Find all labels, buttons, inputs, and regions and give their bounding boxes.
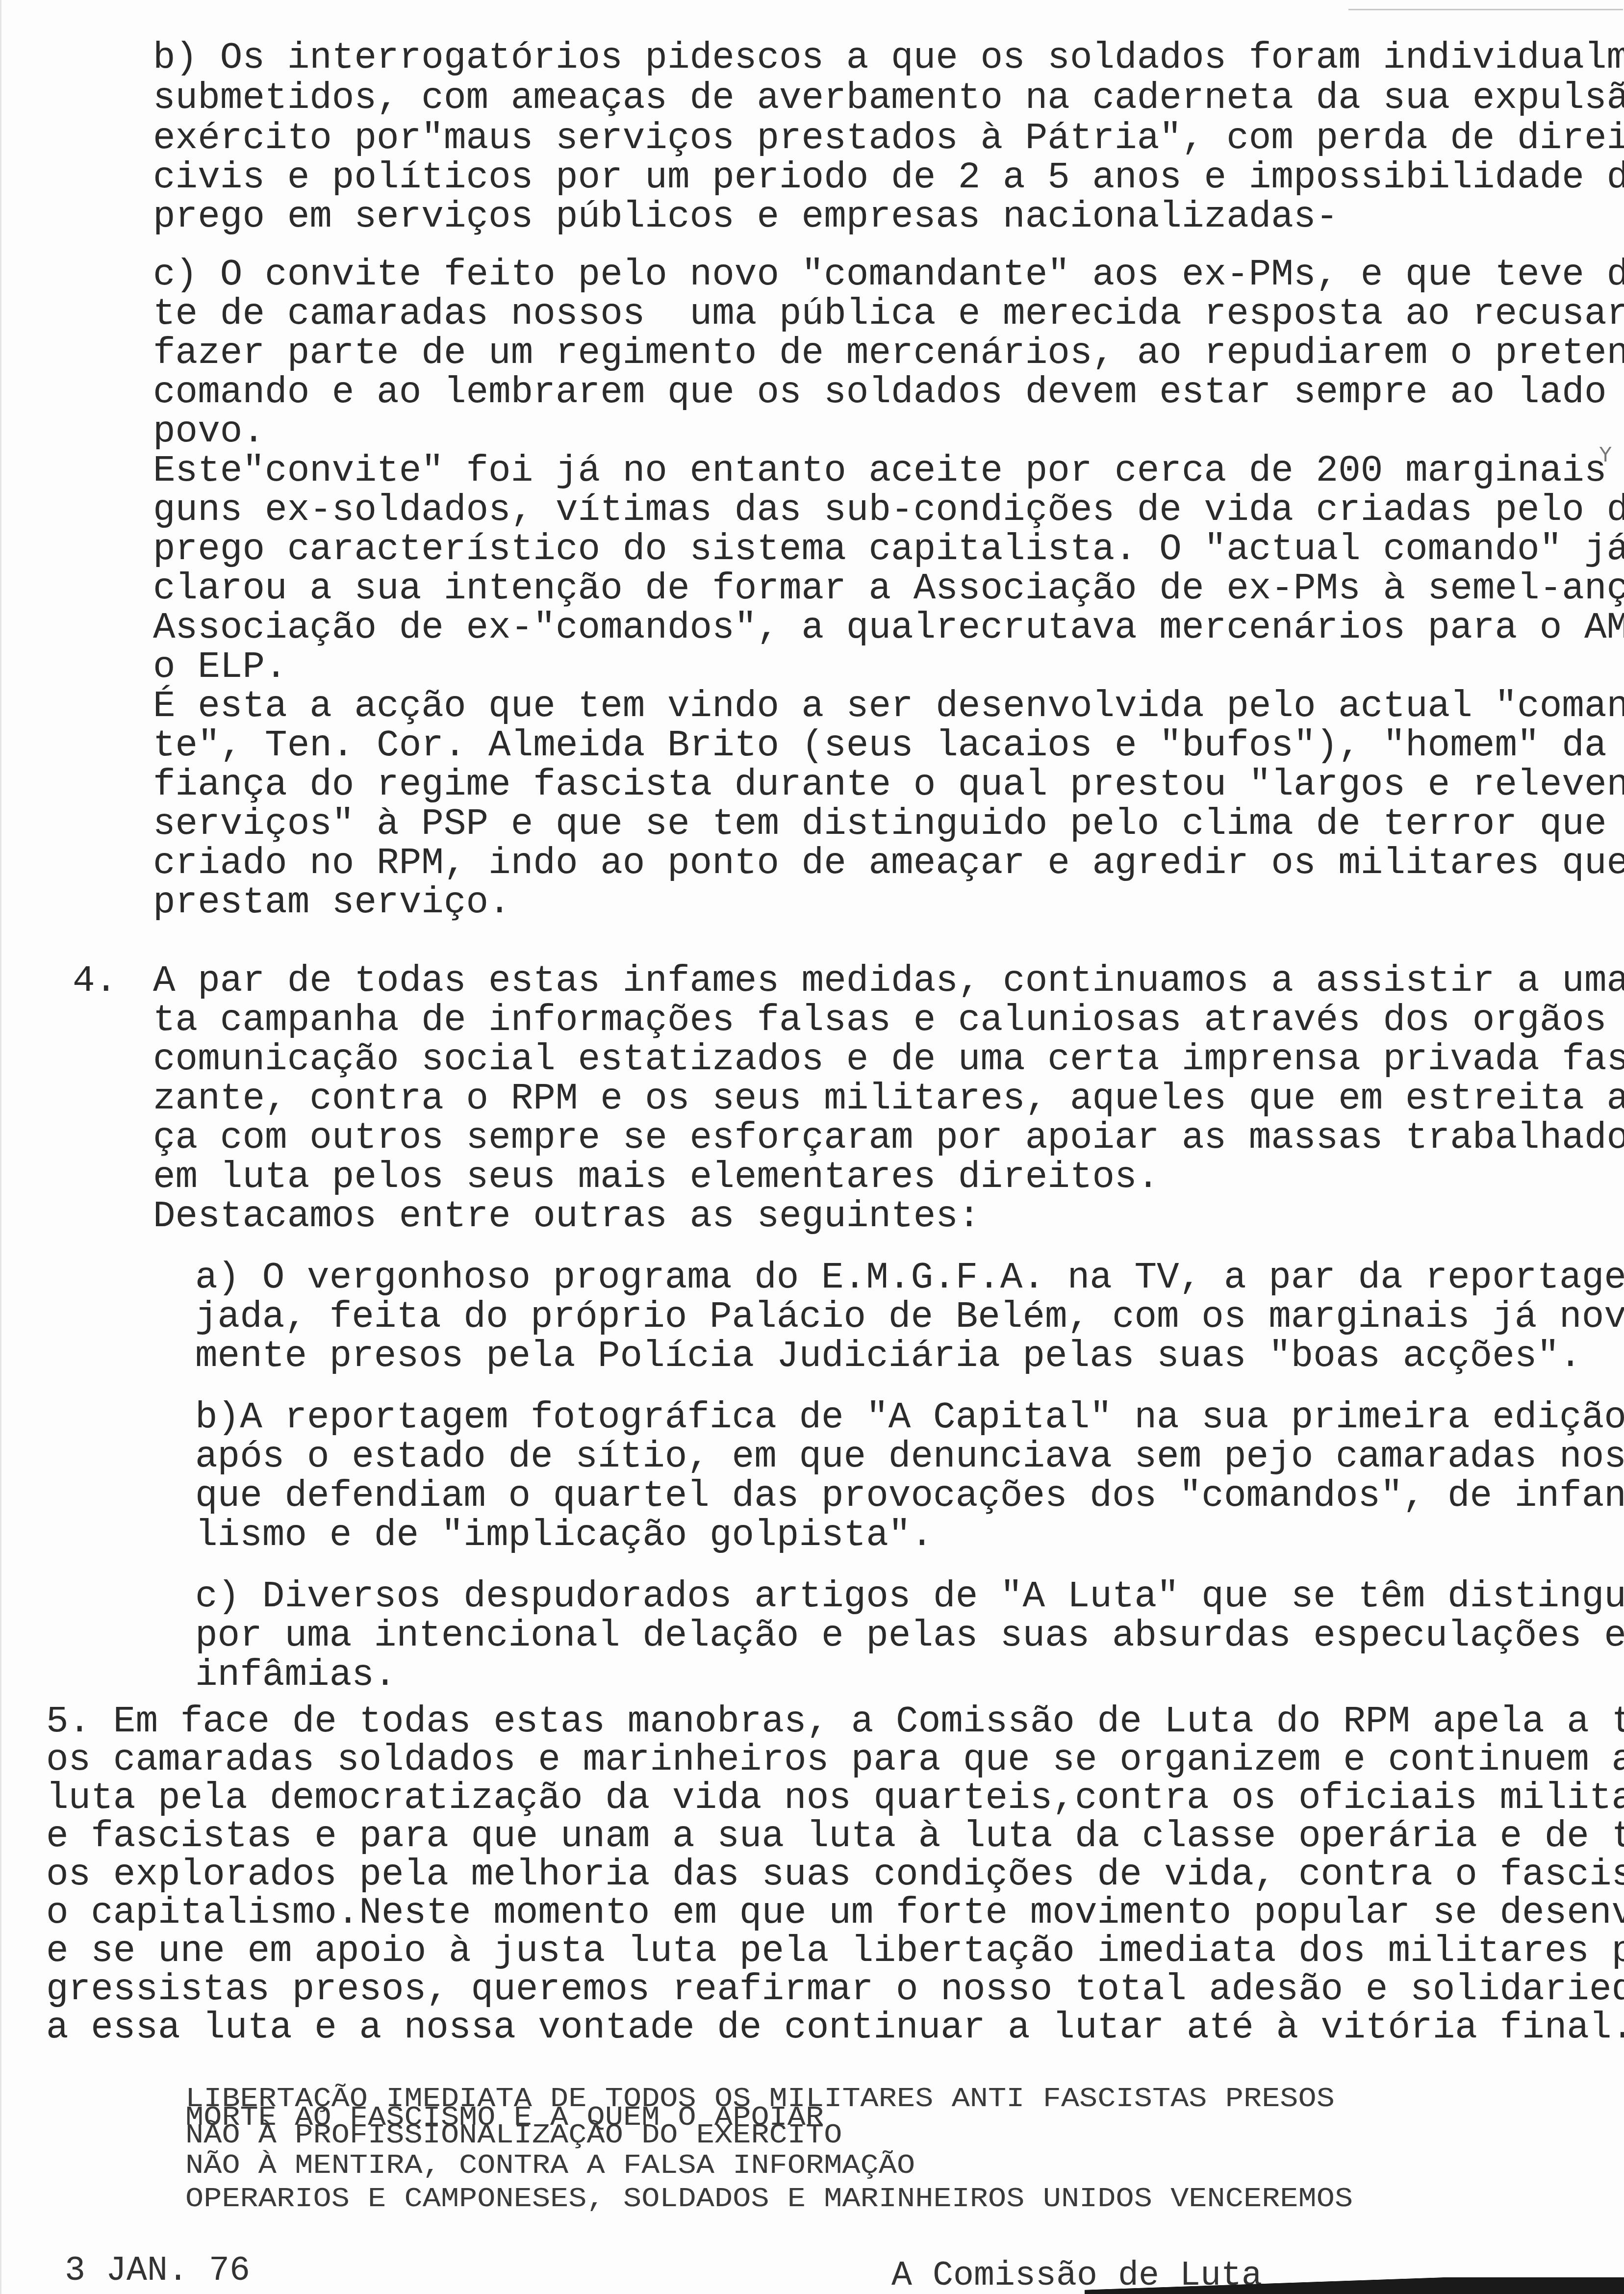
text-line: zante, contra o RPM e os seus militares,…	[153, 1079, 1624, 1118]
text-line: que defendiam o quartel das provocações …	[195, 1476, 1624, 1516]
text-line: por uma intencional delação e pelas suas…	[195, 1616, 1624, 1655]
scan-artifact	[1348, 9, 1623, 10]
text-line: os camaradas soldados e marinheiros para…	[46, 1740, 1624, 1779]
text-line: Este"convite" foi já no entanto aceite p…	[153, 451, 1624, 490]
slogan-line: OPERARIOS E CAMPONESES, SOLDADOS E MARIN…	[185, 2186, 1353, 2213]
text-line: e se une em apoio à justa luta pela libe…	[46, 1932, 1624, 1971]
text-line: civis e políticos por um periodo de 2 a …	[153, 158, 1624, 197]
text-line: mente presos pela Polícia Judiciária pel…	[195, 1337, 1582, 1376]
text-line: os explorados pela melhoria das suas con…	[46, 1855, 1624, 1894]
text-line: em luta pelos seus mais elementares dire…	[153, 1158, 1159, 1197]
text-line: b)A reportagem fotográfica de "A Capital…	[195, 1398, 1624, 1437]
text-line: prego em serviços públicos e empresas na…	[153, 197, 1338, 236]
text-line: povo.	[153, 412, 265, 451]
text-line: fiança do regime fascista durante o qual…	[153, 765, 1624, 804]
text-line: Destacamos entre outras as seguintes:	[153, 1197, 980, 1236]
text-line: ça com outros sempre se esforçaram por a…	[153, 1118, 1624, 1158]
text-line: fazer parte de um regimento de mercenári…	[153, 334, 1624, 373]
text-line: jada, feita do próprio Palácio de Belém,…	[195, 1297, 1624, 1337]
text-line: a) O vergonhoso programa do E.M.G.F.A. n…	[195, 1258, 1624, 1297]
text-line: prego característico do sistema capitali…	[153, 530, 1624, 569]
text-line: e fascistas e para que unam a sua luta à…	[46, 1817, 1624, 1856]
document-page: Y b) Os interrogatórios pidescos a que o…	[0, 0, 1624, 2294]
text-line: c) Diversos despudorados artigos de "A L…	[195, 1577, 1624, 1616]
text-line: É esta a acção que tem vindo a ser desen…	[153, 687, 1624, 726]
text-line: ta campanha de informações falsas e calu…	[153, 1001, 1624, 1040]
text-line: exército por"maus serviços prestados à P…	[153, 119, 1624, 158]
text-line: Associação de ex-"comandos", a qualrecru…	[153, 608, 1624, 647]
text-line: b) Os interrogatórios pidescos a que os …	[153, 38, 1624, 77]
text-line: submetidos, com ameaças de averbamento n…	[153, 78, 1624, 118]
text-line: infâmias.	[195, 1655, 396, 1695]
text-line: comando e ao lembrarem que os soldados d…	[153, 373, 1624, 412]
text-line: lismo e de "implicação golpista".	[195, 1516, 933, 1555]
text-line: te de camaradas nossos uma pública e mer…	[153, 294, 1624, 334]
text-line: gressistas presos, queremos reafirmar o …	[46, 1970, 1624, 2009]
section-number: 4.	[73, 961, 117, 1001]
slogan-line: NÃO À MENTIRA, CONTRA A FALSA INFORMAÇÃO	[185, 2152, 915, 2180]
text-line: c) O convite feito pelo novo "comandante…	[153, 255, 1624, 294]
text-line: clarou a sua intenção de formar a Associ…	[153, 569, 1624, 608]
text-line: A par de todas estas infames medidas, co…	[153, 961, 1624, 1001]
page-edge	[0, 0, 1, 2294]
text-line: te", Ten. Cor. Almeida Brito (seus lacai…	[153, 726, 1624, 765]
text-line: o capitalismo.Neste momento em que um fo…	[46, 1893, 1624, 1933]
slogan-line: NÃO À PROFISSIONALIZAÇÃO DO EXERCITO	[185, 2122, 842, 2149]
text-line: criado no RPM, indo ao ponto de ameaçar …	[153, 844, 1624, 883]
text-line: a essa luta e a nossa vontade de continu…	[46, 2008, 1624, 2047]
document-date: 3 JAN. 76	[65, 2254, 250, 2289]
text-line: 5. Em face de todas estas manobras, a Co…	[46, 1702, 1624, 1741]
text-line: guns ex-soldados, vítimas das sub-condiç…	[153, 490, 1624, 530]
scan-shadow	[1085, 2277, 1624, 2294]
text-line: comunicação social estatizados e de uma …	[153, 1040, 1624, 1079]
text-line: o ELP.	[153, 647, 287, 687]
text-line: prestam serviço.	[153, 883, 511, 922]
text-line: após o estado de sítio, em que denunciav…	[195, 1437, 1624, 1476]
text-line: serviços" à PSP e que se tem distinguido…	[153, 804, 1624, 844]
text-line: luta pela democratização da vida nos qua…	[46, 1778, 1624, 1818]
